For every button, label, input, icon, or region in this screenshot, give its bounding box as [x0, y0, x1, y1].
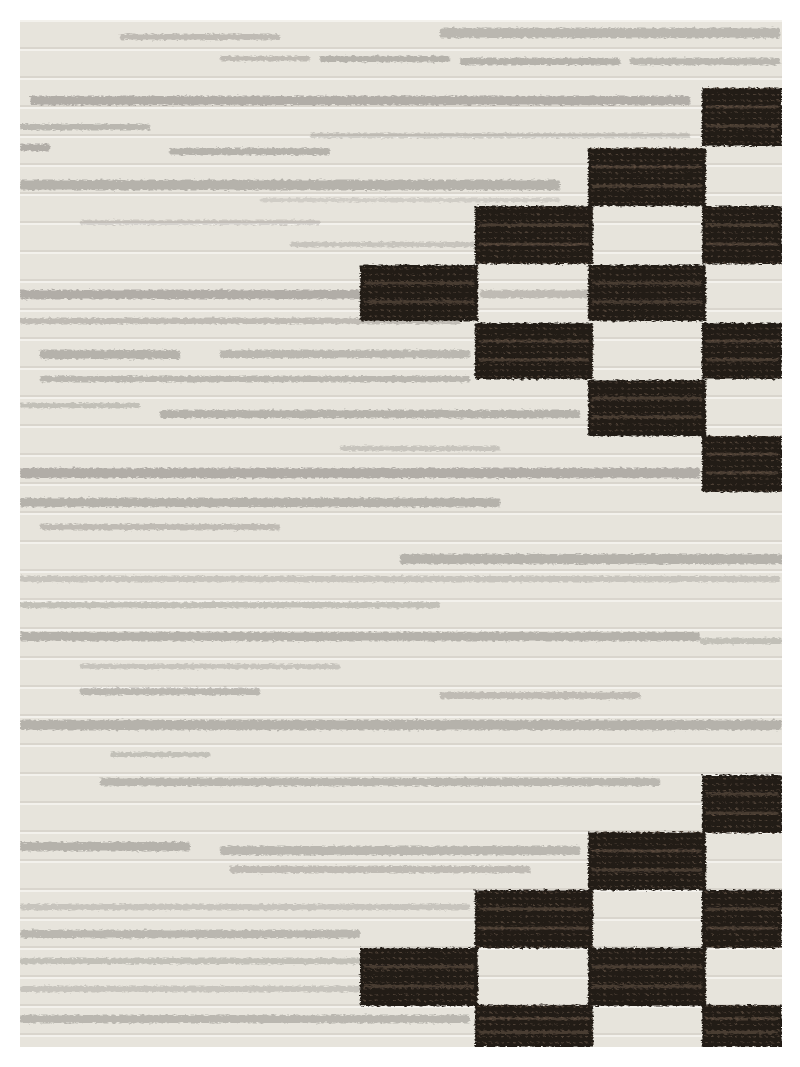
- dark-check-block: [702, 775, 782, 833]
- grey-streak: [20, 180, 560, 190]
- grey-streak: [20, 1015, 470, 1023]
- grey-streak: [80, 688, 260, 695]
- dark-check-block: [702, 323, 782, 379]
- grey-streak: [460, 58, 620, 65]
- grey-streak: [290, 242, 490, 247]
- grey-streak: [320, 56, 450, 62]
- dark-check-block: [702, 88, 782, 146]
- grey-streak: [230, 866, 530, 873]
- grey-streak: [20, 403, 140, 408]
- grey-streak: [310, 133, 690, 138]
- grey-streak: [30, 96, 690, 105]
- rug-photo: [20, 20, 782, 1047]
- grey-streak: [440, 28, 780, 38]
- grey-streak: [480, 290, 590, 298]
- grey-streak: [440, 692, 640, 699]
- grey-streak: [20, 124, 150, 130]
- dark-check-block: [702, 206, 782, 264]
- grey-streak: [80, 220, 320, 225]
- grey-streak: [220, 56, 310, 61]
- grey-streak: [220, 846, 580, 855]
- grey-streak: [80, 664, 340, 669]
- dark-check-block: [702, 890, 782, 948]
- dark-check-block: [588, 148, 706, 206]
- dark-check-block: [475, 206, 593, 264]
- grey-streak: [40, 376, 470, 382]
- dark-check-block: [360, 948, 478, 1006]
- dark-check-block: [702, 436, 782, 492]
- dark-check-block: [360, 265, 478, 321]
- dark-check-block: [475, 890, 593, 948]
- grey-streak: [120, 34, 280, 40]
- grey-streak: [340, 446, 500, 451]
- grey-streak: [700, 638, 782, 644]
- dark-check-block: [588, 265, 706, 321]
- grey-streak: [20, 842, 190, 851]
- grey-streak: [20, 498, 500, 507]
- grey-streak: [20, 468, 700, 478]
- grey-streak: [20, 904, 470, 910]
- dark-check-block: [702, 1005, 782, 1047]
- grey-streak: [20, 632, 700, 641]
- grey-streak: [400, 554, 782, 564]
- grey-streak: [20, 576, 780, 582]
- dark-check-block: [475, 323, 593, 379]
- grey-streak: [20, 986, 360, 992]
- grey-streak: [20, 958, 360, 964]
- dark-check-block: [588, 832, 706, 890]
- grey-streak: [20, 720, 782, 730]
- dark-check-block: [475, 1005, 593, 1047]
- grey-streak: [20, 602, 440, 608]
- grey-streak: [40, 524, 280, 530]
- grey-streak: [40, 350, 180, 359]
- grey-streak: [160, 410, 580, 418]
- grey-streak: [20, 930, 360, 938]
- grey-streak: [170, 148, 330, 155]
- dark-check-block: [588, 380, 706, 436]
- grey-streak: [260, 198, 560, 202]
- dark-check-block: [588, 948, 706, 1006]
- grey-streak: [630, 58, 780, 65]
- rug-pattern: [20, 20, 782, 1047]
- grey-streak: [20, 290, 360, 299]
- grey-streak: [220, 350, 470, 358]
- grey-streak: [20, 144, 50, 151]
- grey-streak: [100, 778, 660, 786]
- grey-streak: [110, 752, 210, 757]
